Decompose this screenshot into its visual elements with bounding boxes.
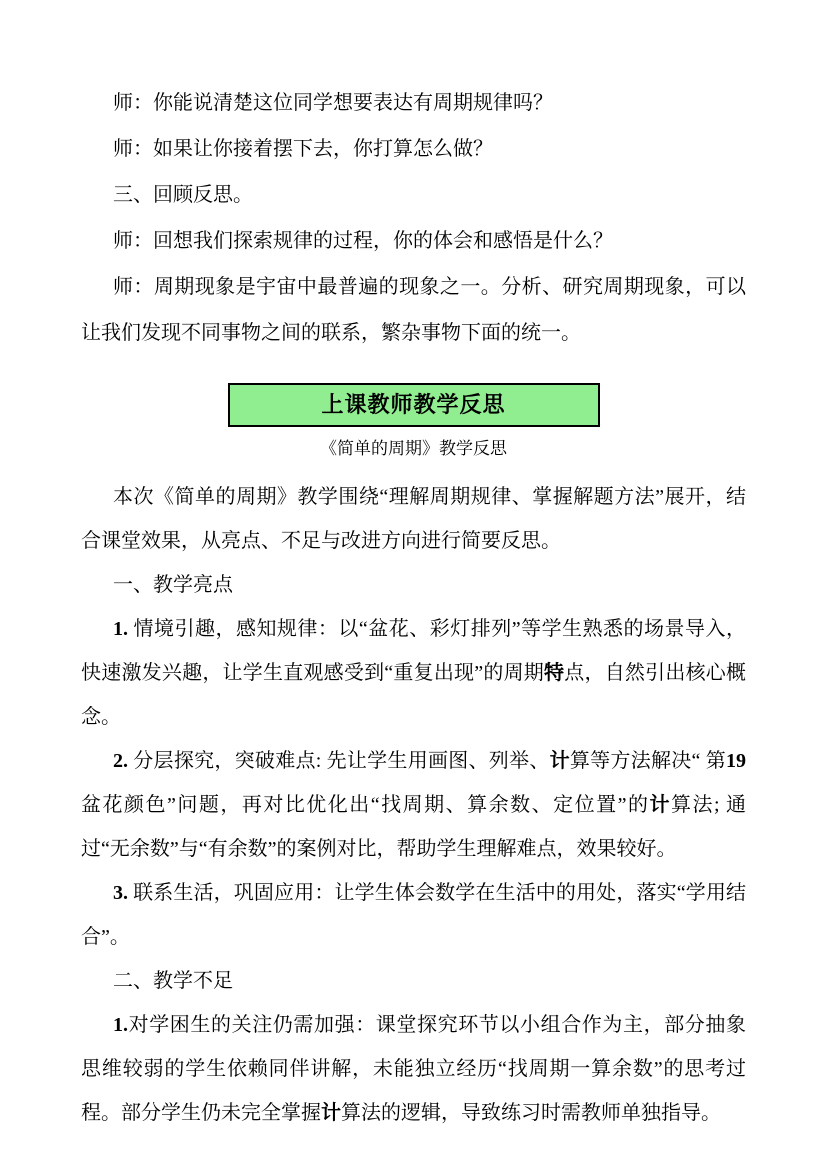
- reflection-subtitle: 《简单的周期》教学反思: [81, 434, 746, 464]
- reflection-intro-paragraph: 本次《简单的周期》教学围绕“理解周期规律、掌握解题方法”展开，结合课堂效果，从亮…: [81, 475, 746, 563]
- dialogue-line-3: 师：回想我们探索规律的过程，你的体会和感悟是什么？: [81, 218, 746, 264]
- dialogue-line-4: 师：周期现象是宇宙中最普遍的现象之一。分析、研究周期现象，可以让我们发现不同事物…: [81, 264, 746, 356]
- dialogue-line-2: 师：如果让你接着摆下去，你打算怎么做？: [81, 126, 746, 172]
- highlight-item-1: 1. 情境引趣，感知规律：以“盆花、彩灯排列”等学生熟悉的场景导入，快速激发兴趣…: [81, 607, 746, 739]
- shortcoming-item-1: 1.对学困生的关注仍需加强：课堂探究环节以小组合作为主，部分抽象思维较弱的学生依…: [81, 1003, 746, 1135]
- section-heading-review: 三、回顾反思。: [81, 172, 746, 218]
- dialogue-line-1: 师：你能说清楚这位同学想要表达有周期规律吗？: [81, 80, 746, 126]
- section-heading-shortcomings: 二、教学不足: [81, 959, 746, 1003]
- highlight-item-2: 2. 分层探究，突破难点: 先让学生用画图、列举、计算等方法解决“ 第19盆花颜…: [81, 739, 746, 871]
- section-banner: 上课教师教学反思: [228, 383, 600, 427]
- highlight-item-3: 3. 联系生活，巩固应用：让学生体会数学在生活中的用处，落实“学用结合”。: [81, 871, 746, 959]
- banner-title: 上课教师教学反思: [321, 394, 505, 416]
- section-heading-highlights: 一、教学亮点: [81, 563, 746, 607]
- document-page: 师：你能说清楚这位同学想要表达有周期规律吗？ 师：如果让你接着摆下去，你打算怎么…: [0, 0, 827, 1170]
- document-content: 师：你能说清楚这位同学想要表达有周期规律吗？ 师：如果让你接着摆下去，你打算怎么…: [81, 0, 746, 1135]
